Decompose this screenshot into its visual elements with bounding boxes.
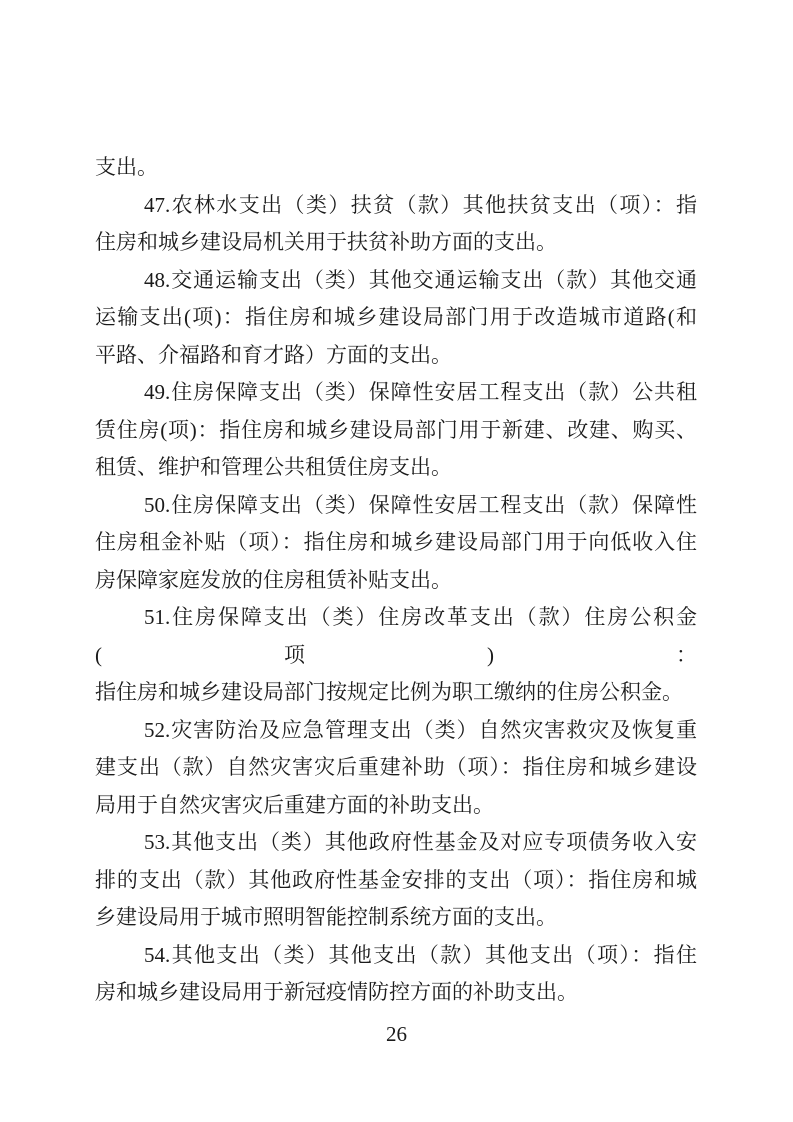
paragraph: 47.农林水支出（类）扶贫（款）其他扶贫支出（项）：指住房和城乡建设局机关用于扶… (95, 187, 697, 262)
paragraph: 52.灾害防治及应急管理支出（类）自然灾害救灾及恢复重建支出（款）自然灾害灾后重… (95, 712, 697, 825)
text-line: 乡建设局用于城市照明智能控制系统方面的支出。 (95, 899, 697, 937)
paragraph: 48.交通运输支出（类）其他交通运输支出（款）其他交通运输支出(项)：指住房和城… (95, 262, 697, 375)
text-line: 47.农林水支出（类）扶贫（款）其他扶贫支出（项）：指 (95, 187, 697, 225)
text-line: 房和城乡建设局用于新冠疫情防控方面的补助支出。 (95, 974, 697, 1012)
text-line: 住房租金补贴（项）：指住房和城乡建设局部门用于向低收入住 (95, 524, 697, 562)
text-line: 52.灾害防治及应急管理支出（类）自然灾害救灾及恢复重 (95, 712, 697, 750)
paragraph: 54.其他支出（类）其他支出（款）其他支出（项）：指住房和城乡建设局用于新冠疫情… (95, 937, 697, 1012)
text-line: 排的支出（款）其他政府性基金安排的支出（项）：指住房和城 (95, 862, 697, 900)
text-line: 运输支出(项)：指住房和城乡建设局部门用于改造城市道路(和 (95, 299, 697, 337)
page-footer: 26 (0, 1019, 793, 1049)
page-number: 26 (386, 1022, 407, 1046)
text-line: 53.其他支出（类）其他政府性基金及对应专项债务收入安 (95, 824, 697, 862)
document-page: 支出。47.农林水支出（类）扶贫（款）其他扶贫支出（项）：指住房和城乡建设局机关… (0, 0, 793, 1122)
text-line: 局用于自然灾害灾后重建方面的补助支出。 (95, 787, 697, 825)
text-line: 赁住房(项)：指住房和城乡建设局部门用于新建、改建、购买、 (95, 412, 697, 450)
paragraph: 49.住房保障支出（类）保障性安居工程支出（款）公共租赁住房(项)：指住房和城乡… (95, 374, 697, 487)
page-content: 支出。47.农林水支出（类）扶贫（款）其他扶贫支出（项）：指住房和城乡建设局机关… (95, 149, 697, 1012)
paragraph: 53.其他支出（类）其他政府性基金及对应专项债务收入安排的支出（款）其他政府性基… (95, 824, 697, 937)
text-line: 平路、介福路和育才路）方面的支出。 (95, 337, 697, 375)
text-line: 建支出（款）自然灾害灾后重建补助（项）：指住房和城乡建设 (95, 749, 697, 787)
text-line: 租赁、维护和管理公共租赁住房支出。 (95, 449, 697, 487)
text-line: 住房和城乡建设局机关用于扶贫补助方面的支出。 (95, 224, 697, 262)
text-line: 54.其他支出（类）其他支出（款）其他支出（项）：指住 (95, 937, 697, 975)
text-line: 49.住房保障支出（类）保障性安居工程支出（款）公共租 (95, 374, 697, 412)
paragraph: 50.住房保障支出（类）保障性安居工程支出（款）保障性住房租金补贴（项）：指住房… (95, 487, 697, 600)
text-line: 48.交通运输支出（类）其他交通运输支出（款）其他交通 (95, 262, 697, 300)
text-line: 支出。 (95, 149, 697, 187)
text-line: 51.住房保障支出（类）住房改革支出（款）住房公积金(项)： (95, 599, 697, 674)
text-line: 指住房和城乡建设局部门按规定比例为职工缴纳的住房公积金。 (95, 674, 697, 712)
paragraph: 支出。 (95, 149, 697, 187)
text-line: 50.住房保障支出（类）保障性安居工程支出（款）保障性 (95, 487, 697, 525)
text-line: 房保障家庭发放的住房租赁补贴支出。 (95, 562, 697, 600)
paragraph: 51.住房保障支出（类）住房改革支出（款）住房公积金(项)：指住房和城乡建设局部… (95, 599, 697, 712)
